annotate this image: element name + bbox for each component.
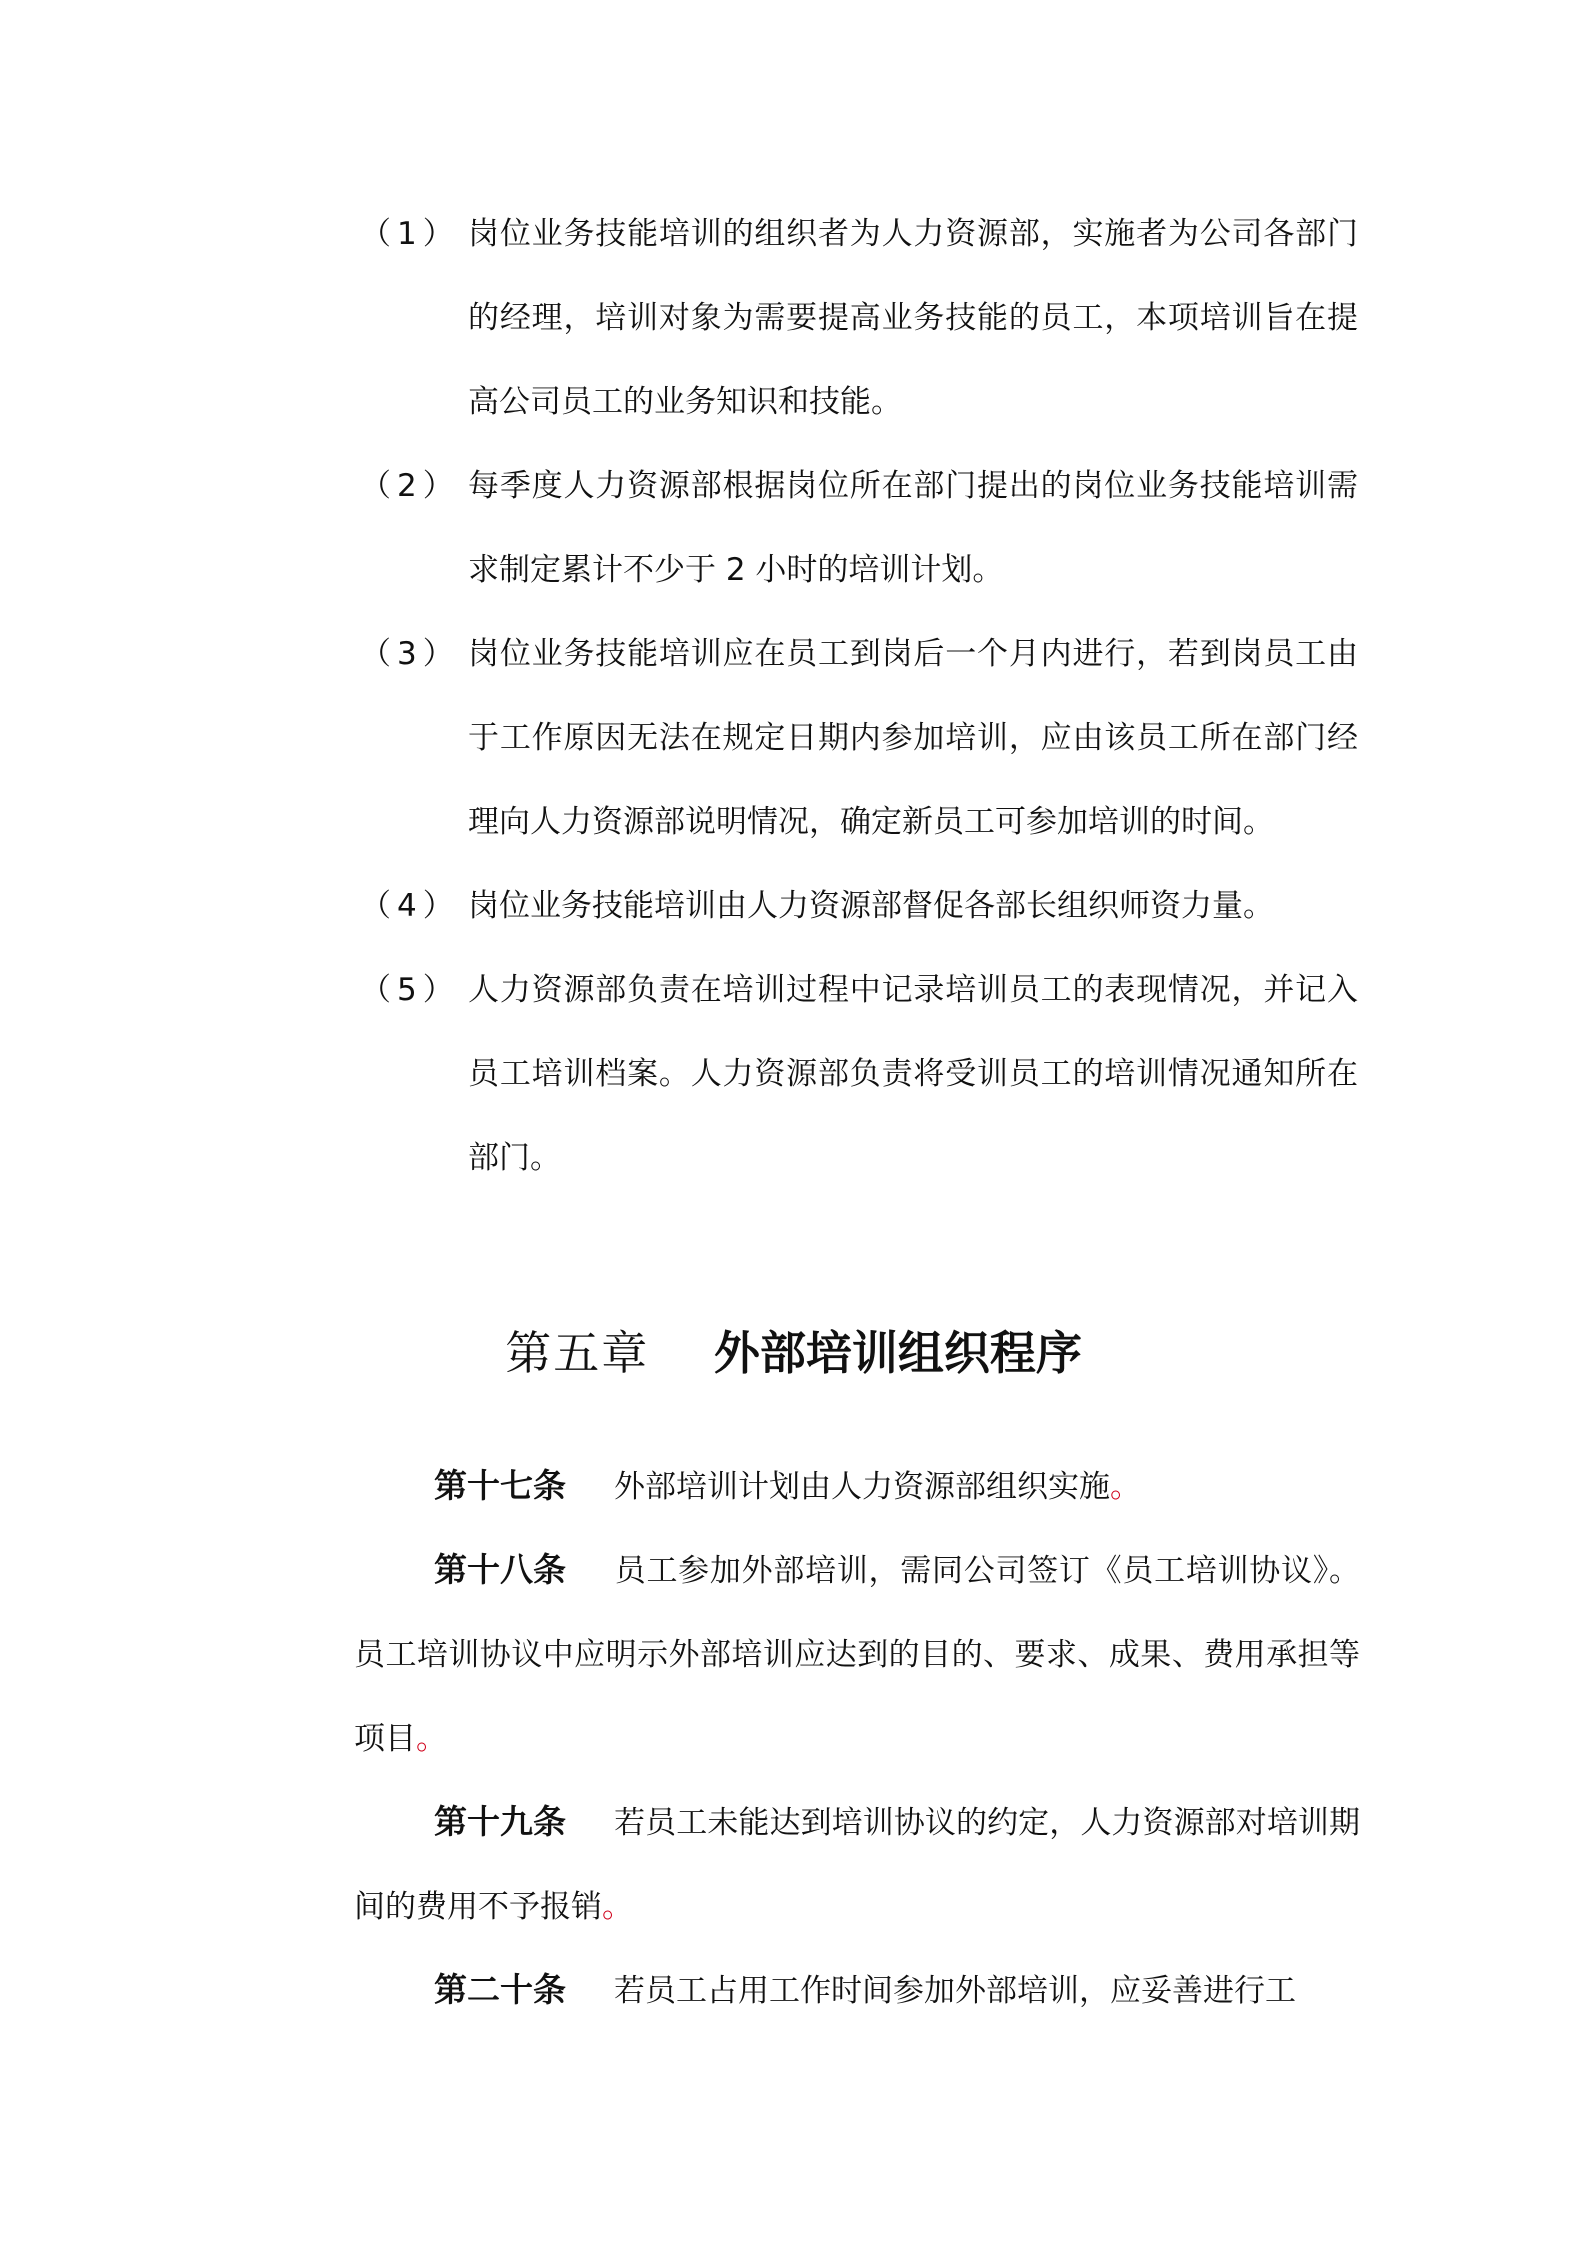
chapter-title: 外部培训组织程序 [714, 1326, 1082, 1380]
chapter-heading: 第五章 外部培训组织程序 [0, 1318, 1587, 1388]
article-19: 第十九条若员工未能达到培训协议的约定，人力资源部对培训期间的费用不予报销。 [354, 1780, 1360, 1949]
chapter-number: 第五章 [505, 1326, 649, 1380]
article-label: 第十八条 [434, 1528, 566, 1612]
article-text: 外部培训计划由人力资源部组织实施 [614, 1469, 1110, 1505]
list-number: （4） [360, 864, 460, 948]
article-label: 第十七条 [434, 1444, 566, 1528]
list-text: 岗位业务技能培训的组织者为人力资源部，实施者为公司各部门的经理，培训对象为需要提… [468, 192, 1358, 444]
article-end-mark: 。 [1110, 1469, 1141, 1505]
list-number: （5） [360, 948, 460, 1032]
list-number: （1） [360, 192, 460, 276]
article-18: 第十八条员工参加外部培训，需同公司签订《员工培训协议》。员工培训协议中应明示外部… [354, 1528, 1360, 1781]
article-label: 第十九条 [434, 1780, 566, 1864]
list-text: 人力资源部负责在培训过程中记录培训员工的表现情况，并记入员工培训档案。人力资源部… [468, 948, 1358, 1200]
article-end-mark: 。 [602, 1889, 633, 1925]
article-text: 若员工占用工作时间参加外部培训，应妥善进行工 [614, 1973, 1296, 2009]
article-17: 第十七条外部培训计划由人力资源部组织实施。 [354, 1444, 1360, 1529]
list-number: （2） [360, 444, 460, 528]
list-text: 每季度人力资源部根据岗位所在部门提出的岗位业务技能培训需求制定累计不少于 2 小… [468, 444, 1358, 612]
list-text: 岗位业务技能培训应在员工到岗后一个月内进行，若到岗员工由于工作原因无法在规定日期… [468, 612, 1358, 864]
list-number: （3） [360, 612, 460, 696]
document-page: （1） 岗位业务技能培训的组织者为人力资源部，实施者为公司各部门的经理，培训对象… [0, 0, 1587, 2245]
article-label: 第二十条 [434, 1948, 566, 2032]
list-text: 岗位业务技能培训由人力资源部督促各部长组织师资力量。 [468, 864, 1358, 948]
article-end-mark: 。 [416, 1721, 447, 1757]
article-20: 第二十条若员工占用工作时间参加外部培训，应妥善进行工 [354, 1948, 1360, 2033]
